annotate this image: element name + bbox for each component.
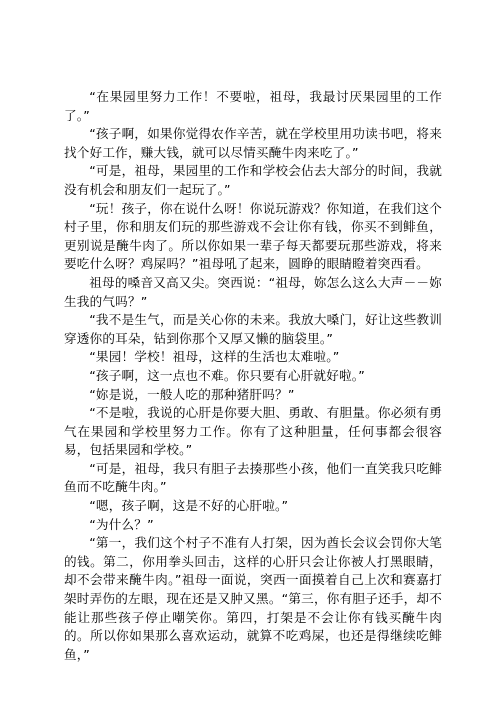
paragraph: “妳是说，一般人吃的那种猪肝吗？” (64, 386, 442, 405)
paragraph: “可是，祖母，我只有胆子去揍那些小孩，他们一直笑我只吃鲱鱼而不吃醃牛肉。” (64, 460, 442, 497)
paragraph: 祖母的嗓音又高又尖。突西说：“祖母，妳怎么这么大声－－妳生我的气吗？” (64, 274, 442, 311)
paragraph: “不是啦，我说的心肝是你要大胆、勇敢、有胆量。你必须有勇气在果园和学校里努力工作… (64, 404, 442, 460)
paragraph: “第一，我们这个村子不准有人打架，因为酋长会议会罚你大笔的钱。第二，你用拳头回击… (64, 534, 442, 664)
paragraph: “孩子啊，这一点也不难。你只要有心肝就好啦。” (64, 367, 442, 386)
paragraph: “果园！学校！祖母，这样的生活也太难啦。” (64, 348, 442, 367)
paragraph: “可是，祖母，果园里的工作和学校会佔去大部分的时间，我就没有机会和朋友们一起玩了… (64, 162, 442, 199)
document-body: “在果园里努力工作！不要啦，祖母，我最讨厌果园里的工作了。” “孩子啊，如果你觉… (64, 88, 442, 664)
paragraph: “我不是生气，而是关心你的未来。我放大嗓门，好让这些教训穿透你的耳朵，钻到你那个… (64, 311, 442, 348)
paragraph: “嗯，孩子啊，这是不好的心肝啦。” (64, 497, 442, 516)
paragraph: “玩！孩子，你在说什么呀！你说玩游戏？你知道，在我们这个村子里，你和朋友们玩的那… (64, 200, 442, 274)
paragraph: “孩子啊，如果你觉得农作辛苦，就在学校里用功读书吧，将来找个好工作，赚大钱，就可… (64, 125, 442, 162)
paragraph: “在果园里努力工作！不要啦，祖母，我最讨厌果园里的工作了。” (64, 88, 442, 125)
paragraph: “为什么？” (64, 516, 442, 535)
